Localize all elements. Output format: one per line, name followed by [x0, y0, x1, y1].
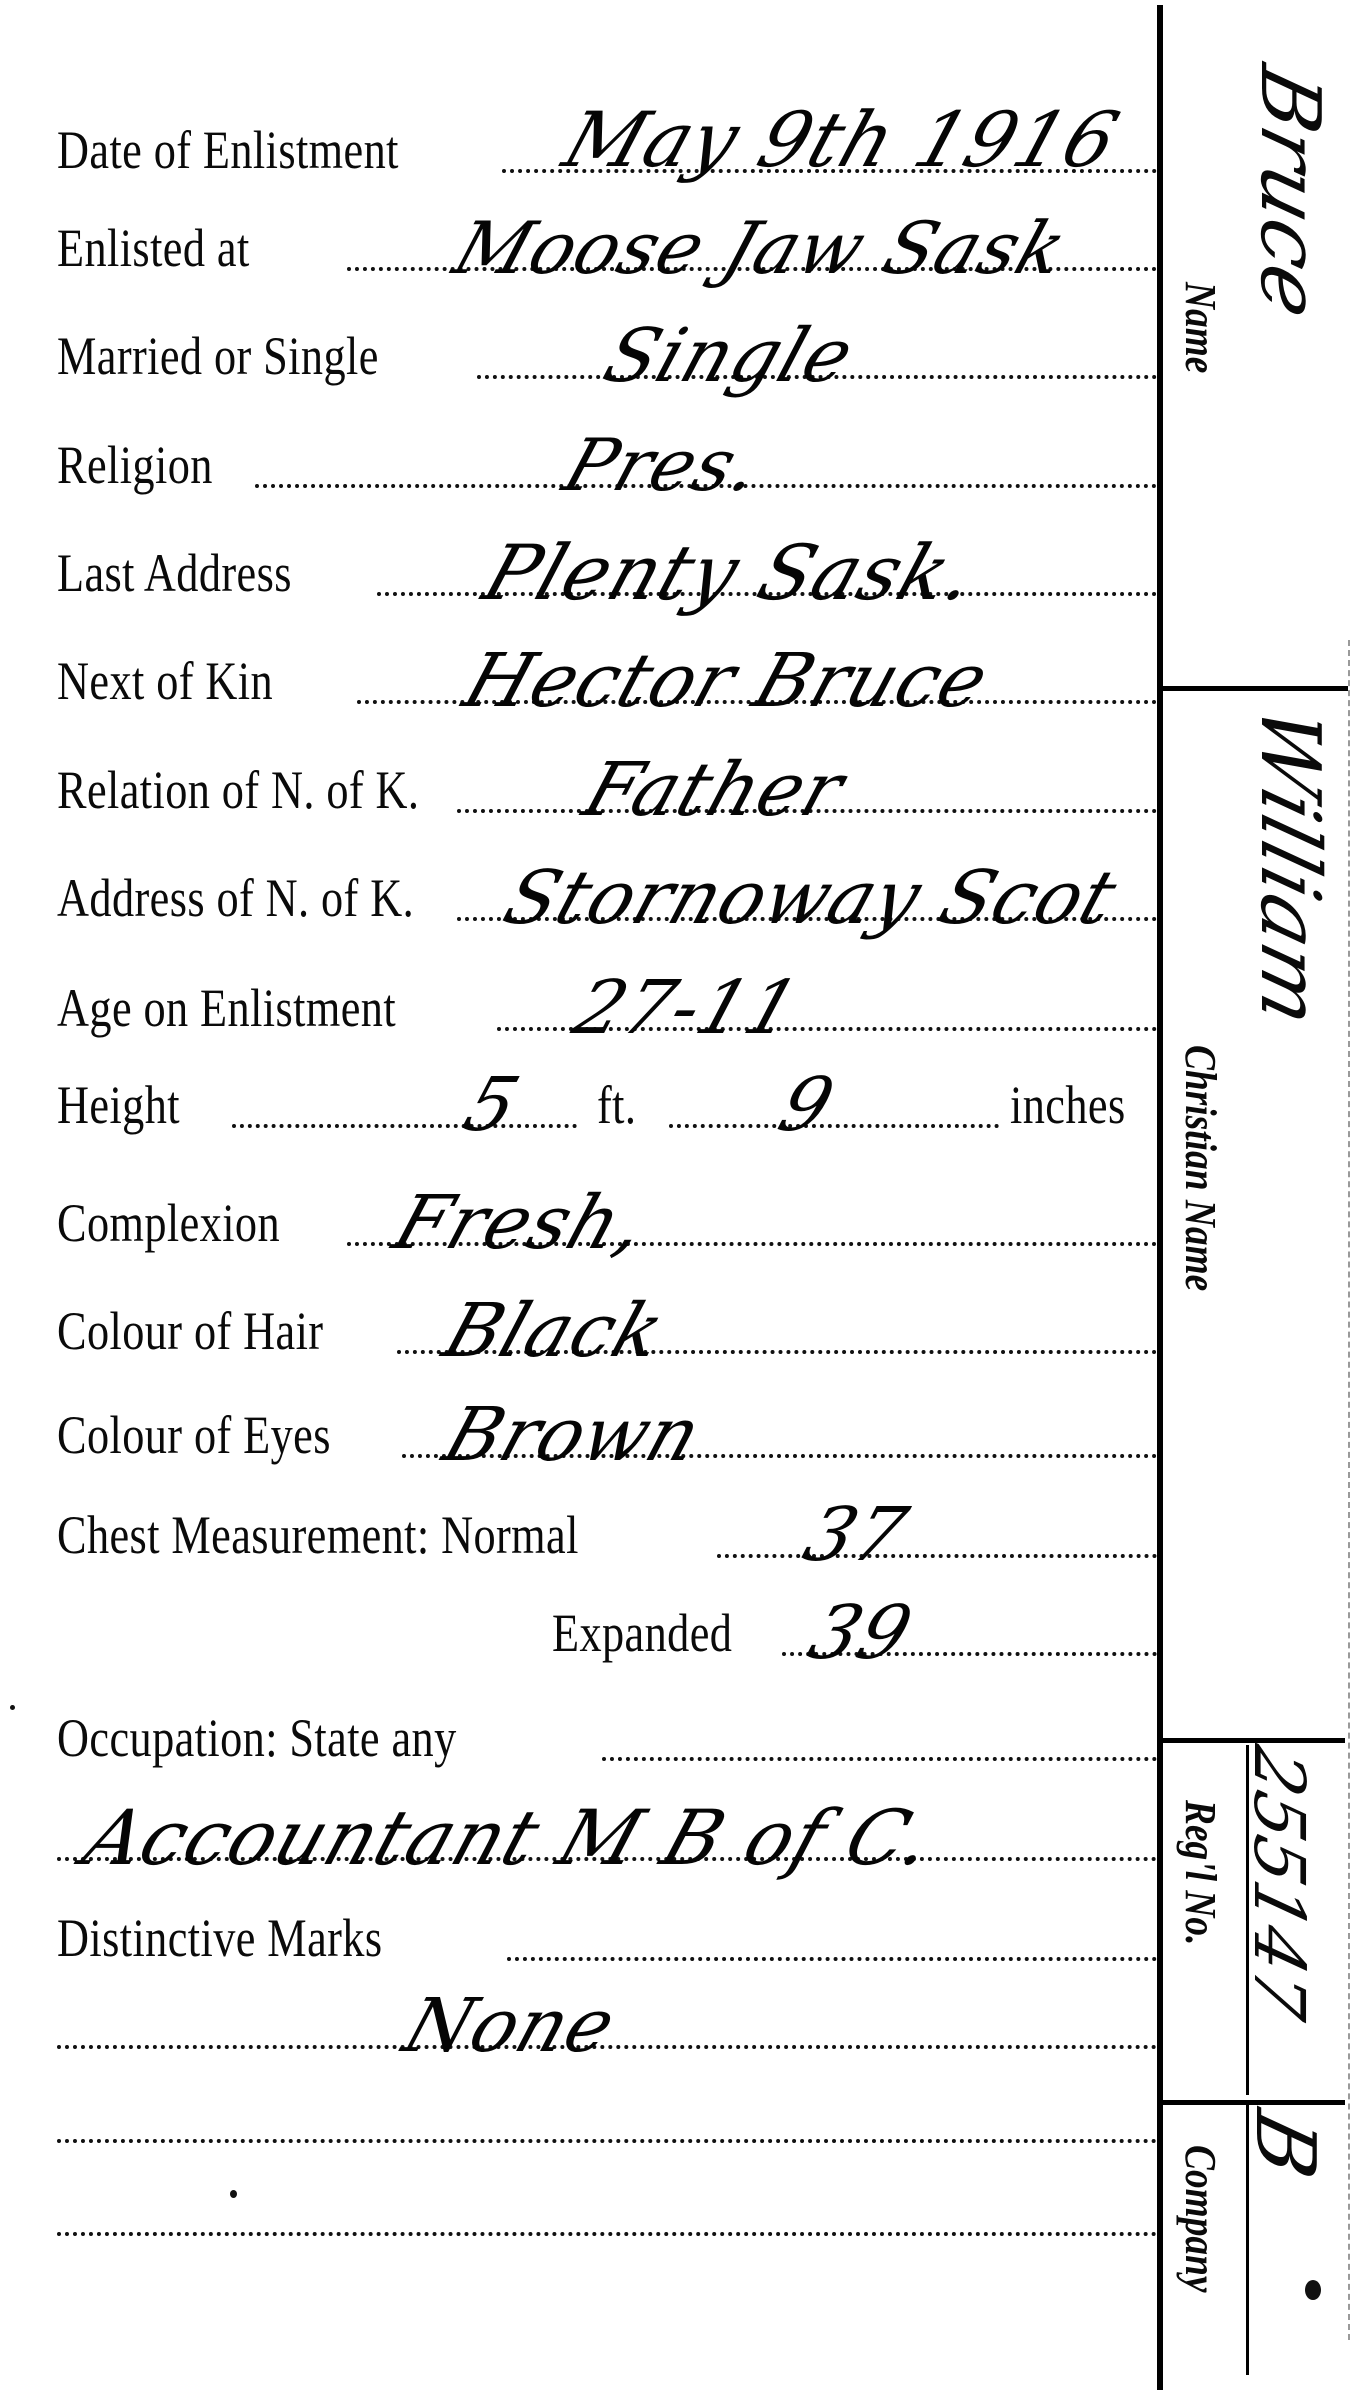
label-religion: Religion [57, 438, 213, 492]
value-name: Bruce [1248, 58, 1330, 327]
label-ft: ft. [597, 1078, 636, 1132]
value-height-feet: 5 [457, 1072, 527, 1138]
row-distinctive-marks: Distinctive Marks [57, 1885, 1157, 1965]
label-inches: inches [1010, 1078, 1126, 1132]
value-next-of-kin: Hector Bruce [457, 648, 996, 714]
label-distinctive-marks: Distinctive Marks [57, 1911, 383, 1965]
row-height: Height 5 ft. 9 inches [57, 1052, 1157, 1132]
label-relation-of-next-of-kin: Relation of N. of K. [57, 763, 419, 817]
scan-edge [1348, 640, 1350, 2340]
value-company: B [1243, 2103, 1325, 2185]
column-divider [1157, 5, 1163, 2390]
row-relation-of-next-of-kin: Relation of N. of K. Father [57, 737, 1157, 817]
label-age-on-enlistment: Age on Enlistment [57, 981, 396, 1035]
dotted-leader [57, 2045, 1157, 2049]
row-chest-expanded: Expanded 39 [57, 1580, 1157, 1660]
dotted-leader [669, 1124, 999, 1128]
value-last-address: Plenty Sask. [477, 540, 984, 606]
row-complexion: Complexion Fresh, [57, 1170, 1157, 1250]
scan-speck [230, 2190, 237, 2198]
label-name: Name [1178, 282, 1222, 373]
dotted-leader [57, 2139, 1157, 2143]
row-married-or-single: Married or Single Single [57, 303, 1157, 383]
value-regl-no: 255147 [1238, 1738, 1320, 2027]
value-christian-name: William [1248, 698, 1330, 1034]
dotted-leader [717, 1554, 1157, 1558]
value-age-on-enlistment: 27-11 [567, 975, 807, 1041]
label-complexion: Complexion [57, 1196, 280, 1250]
label-colour-of-eyes: Colour of Eyes [57, 1408, 331, 1462]
value-married-or-single: Single [597, 323, 861, 389]
label-occupation: Occupation: State any [57, 1711, 457, 1765]
row-address-of-next-of-kin: Address of N. of K. Stornoway Scot [57, 845, 1157, 925]
row-religion: Religion Pres. [57, 412, 1157, 492]
label-last-address: Last Address [57, 546, 292, 600]
label-chest-normal: Chest Measurement: Normal [57, 1508, 579, 1562]
value-complexion: Fresh, [387, 1190, 654, 1256]
row-occupation: Occupation: State any [57, 1685, 1157, 1765]
ink-blot [1305, 2280, 1321, 2300]
row-last-address: Last Address Plenty Sask. [57, 520, 1157, 600]
label-next-of-kin: Next of Kin [57, 654, 273, 708]
dotted-leader [57, 2232, 1157, 2236]
label-regl-no: Reg'l No. [1178, 1800, 1222, 1945]
label-colour-of-hair: Colour of Hair [57, 1304, 323, 1358]
row-enlisted-at: Enlisted at Moose Jaw Sask [57, 195, 1157, 275]
row-chest-normal: Chest Measurement: Normal 37 [57, 1482, 1157, 1562]
value-religion: Pres. [557, 432, 769, 498]
value-colour-of-hair: Black [437, 1298, 672, 1364]
divider-company [1163, 2100, 1345, 2105]
value-occupation: Accountant M B of C. [77, 1805, 941, 1871]
value-height-inches: 9 [772, 1072, 842, 1138]
row-blank-1 [57, 2067, 1157, 2147]
dotted-leader [602, 1757, 1157, 1761]
attestation-card: Date of Enlistment May 9th 1916 Enlisted… [0, 0, 1354, 2394]
row-distinctive-marks-value: None [57, 1973, 1157, 2053]
value-chest-expanded: 39 [802, 1600, 920, 1666]
row-date-of-enlistment: Date of Enlistment May 9th 1916 [57, 97, 1157, 177]
label-date-of-enlistment: Date of Enlistment [57, 123, 399, 177]
row-age-on-enlistment: Age on Enlistment 27-11 [57, 955, 1157, 1035]
row-next-of-kin: Next of Kin Hector Bruce [57, 628, 1157, 708]
label-address-of-next-of-kin: Address of N. of K. [57, 871, 414, 925]
scan-speck [10, 1705, 15, 1710]
value-distinctive-marks: None [397, 1993, 623, 2059]
value-relation-of-next-of-kin: Father [577, 757, 851, 823]
row-occupation-value: Accountant M B of C. [57, 1785, 1157, 1865]
value-enlisted-at: Moose Jaw Sask [447, 215, 1074, 281]
row-colour-of-eyes: Colour of Eyes Brown [57, 1382, 1157, 1462]
label-christian-name: Christian Name [1178, 1045, 1222, 1291]
value-date-of-enlistment: May 9th 1916 [557, 107, 1126, 173]
value-colour-of-eyes: Brown [437, 1402, 709, 1468]
row-colour-of-hair: Colour of Hair Black [57, 1278, 1157, 1358]
label-enlisted-at: Enlisted at [57, 221, 250, 275]
value-chest-normal: 37 [797, 1502, 915, 1568]
label-company: Company [1178, 2145, 1222, 2293]
dotted-leader [507, 1957, 1157, 1961]
label-chest-expanded: Expanded [552, 1606, 732, 1660]
label-married-or-single: Married or Single [57, 329, 379, 383]
value-address-of-next-of-kin: Stornoway Scot [497, 865, 1124, 931]
label-height: Height [57, 1078, 180, 1132]
dotted-leader [232, 1124, 577, 1128]
divider-name [1163, 686, 1348, 691]
row-blank-2 [57, 2160, 1157, 2240]
